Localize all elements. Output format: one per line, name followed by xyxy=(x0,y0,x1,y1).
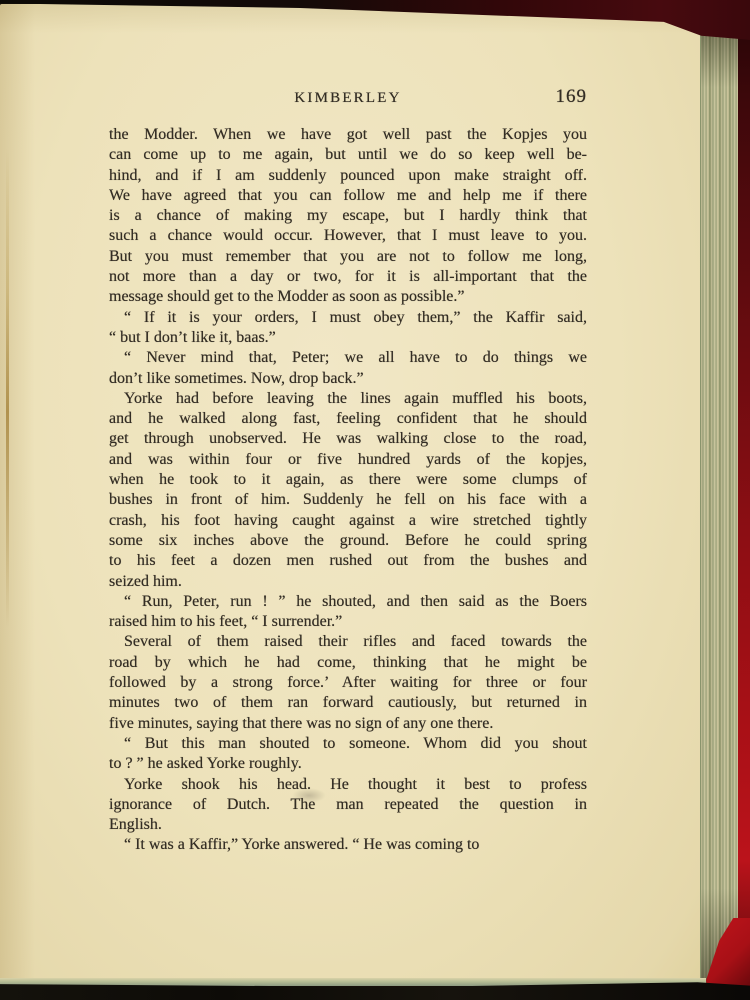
text-line: to ? ” he asked Yorke roughly. xyxy=(109,754,587,774)
text-line: seized him. xyxy=(109,572,587,592)
text-line: can come up to me again, but until we do… xyxy=(109,145,587,165)
page-number: 169 xyxy=(556,86,588,108)
text-line: bushes in front of him. Suddenly he fell… xyxy=(109,490,587,510)
page-edges-stack xyxy=(697,30,738,984)
text-line: such a chance would occur. However, that… xyxy=(109,226,587,246)
text-line: We have agreed that you can follow me an… xyxy=(109,186,587,206)
text-line: But you must remember that you are not t… xyxy=(109,247,587,267)
text-line: some six inches above the ground. Before… xyxy=(109,531,587,551)
text-line: and was within four or five hundred yard… xyxy=(109,450,587,470)
text-line: road by which he had come, thinking that… xyxy=(109,653,587,673)
text-line: “ but I don’t like it, baas.” xyxy=(109,328,587,348)
text-line: “ Never mind that, Peter; we all have to… xyxy=(109,348,587,368)
text-line: don’t like sometimes. Now, drop back.” xyxy=(109,369,587,389)
text-line: get through unobserved. He was walking c… xyxy=(109,429,587,449)
page-header: KIMBERLEY 169 xyxy=(109,90,587,112)
text-line: and he walked along fast, feeling confid… xyxy=(109,409,587,429)
text-line: not more than a day or two, for it is al… xyxy=(109,267,587,287)
text-line: is a chance of making my escape, but I h… xyxy=(109,206,587,226)
text-line: minutes two of them ran forward cautious… xyxy=(109,693,587,713)
running-title: KIMBERLEY xyxy=(109,90,587,107)
text-line: “ Run, Peter, run ! ” he shouted, and th… xyxy=(109,592,587,612)
text-line: when he took to it again, as there were … xyxy=(109,470,587,490)
text-line: Yorke shook his head. He thought it best… xyxy=(109,775,587,795)
page-gutter-crease xyxy=(6,148,9,628)
text-line: ignorance of Dutch. The man repeated the… xyxy=(109,795,587,815)
text-line: five minutes, saying that there was no s… xyxy=(109,714,587,734)
text-line: to his feet a dozen men rushed out from … xyxy=(109,551,587,571)
text-line: followed by a strong force.’ After waiti… xyxy=(109,673,587,693)
text-block: the Modder. When we have got well past t… xyxy=(109,125,587,856)
text-line: the Modder. When we have got well past t… xyxy=(109,125,587,145)
text-line: Yorke had before leaving the lines again… xyxy=(109,389,587,409)
text-line: English. xyxy=(109,815,587,835)
text-line: “ If it is your orders, I must obey them… xyxy=(109,308,587,328)
text-line: Several of them raised their rifles and … xyxy=(109,632,587,652)
text-line: “ But this man shouted to someone. Whom … xyxy=(109,734,587,754)
text-line: message should get to the Modder as soon… xyxy=(109,287,587,307)
text-line: “ It was a Kaffir,” Yorke answered. “ He… xyxy=(109,835,587,855)
text-line: crash, his foot having caught against a … xyxy=(109,511,587,531)
text-line: hind, and if I am suddenly pounced upon … xyxy=(109,166,587,186)
text-line: raised him to his feet, “ I surrender.” xyxy=(109,612,587,632)
